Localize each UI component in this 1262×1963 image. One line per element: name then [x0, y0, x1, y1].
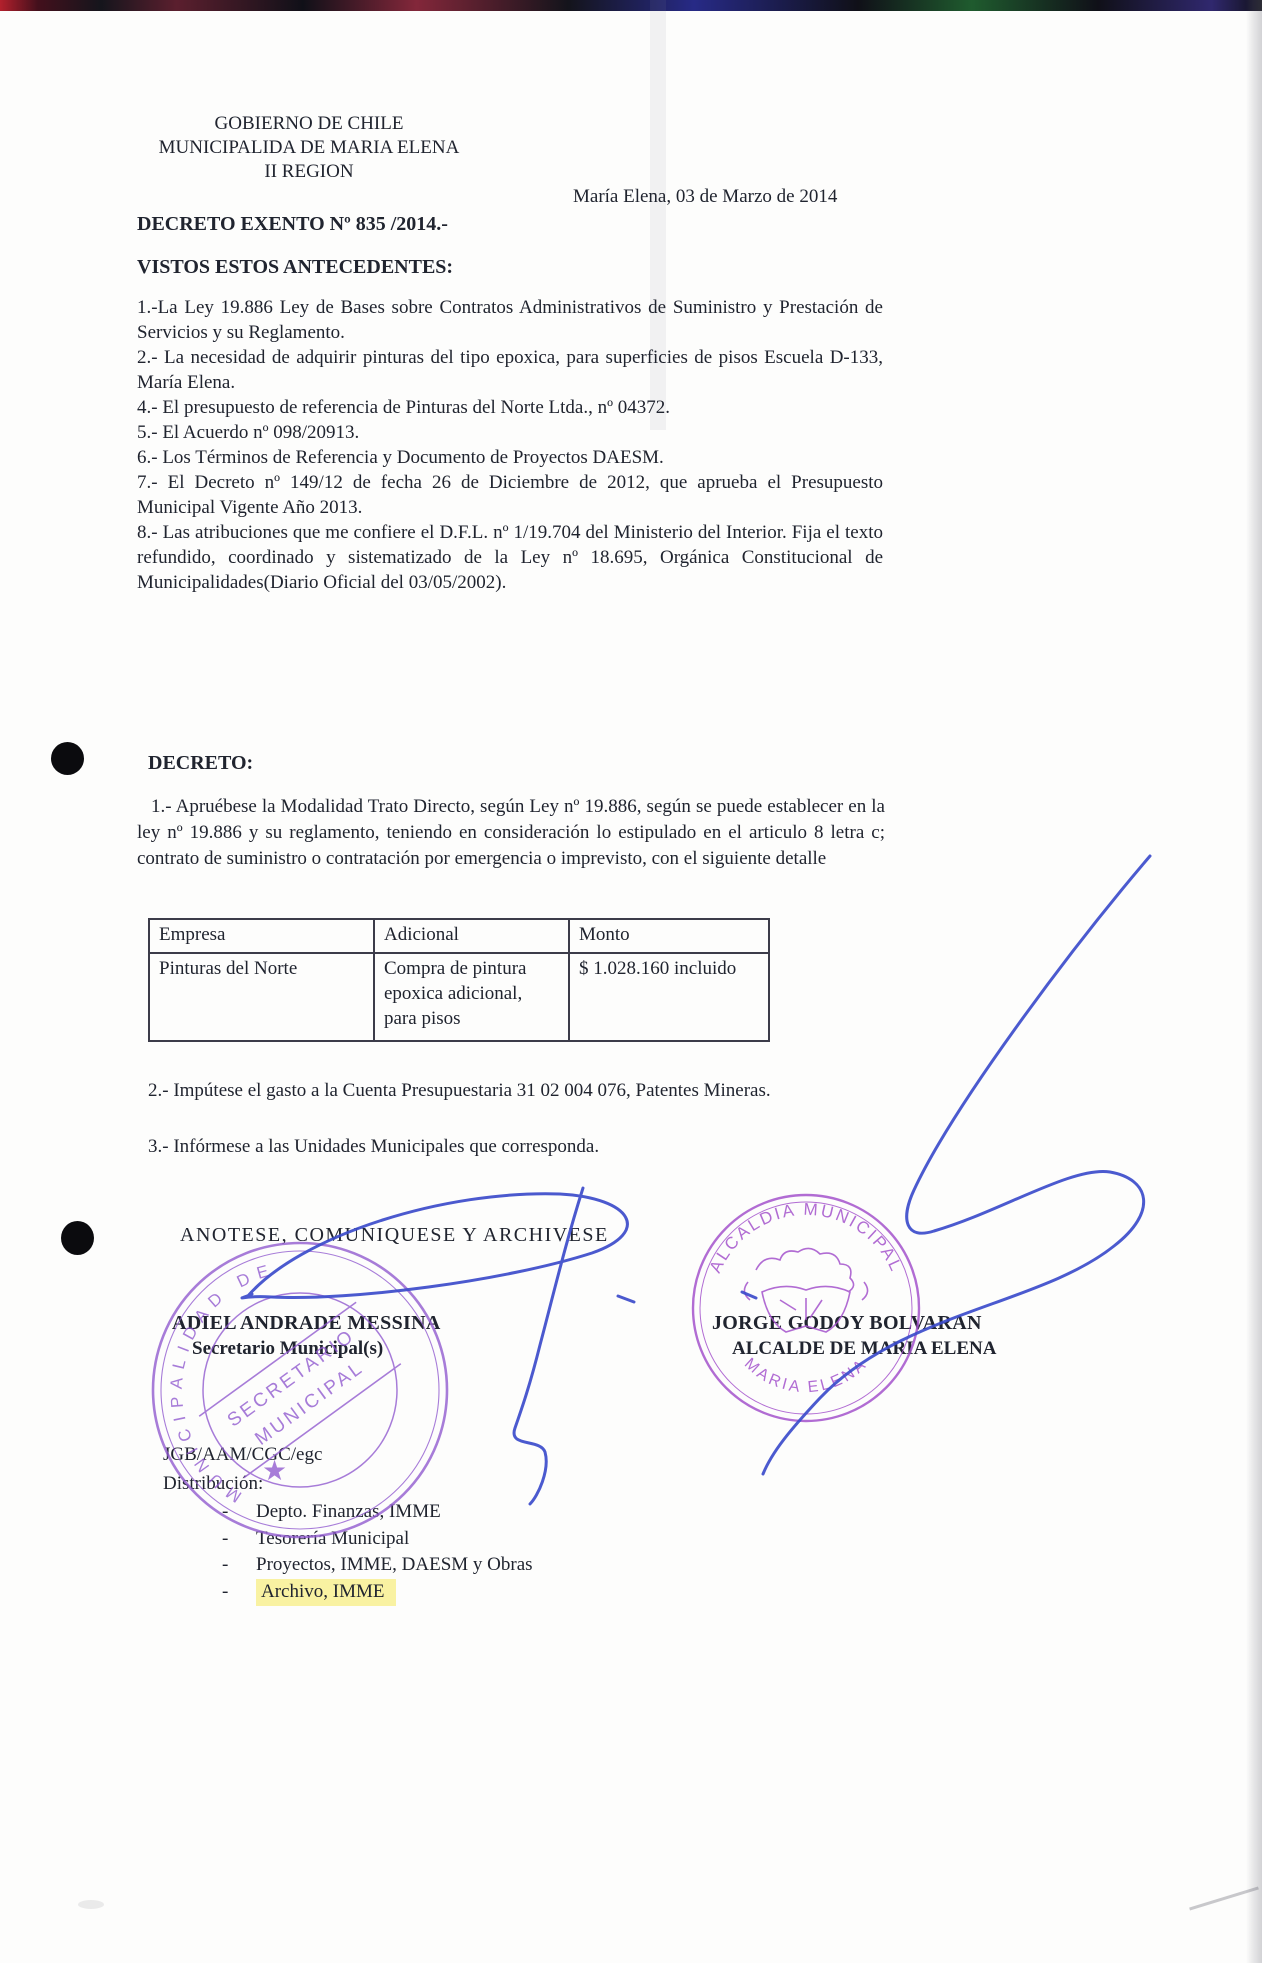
decreto-intro-paragraph: 1.- Apruébese la Modalidad Trato Directo… — [137, 794, 885, 872]
table-row: Pinturas del Norte Compra de pintura epo… — [149, 953, 769, 1041]
antecedente-item: 7.- El Decreto nº 149/12 de fecha 26 de … — [137, 470, 883, 520]
list-dash: - — [222, 1552, 256, 1579]
list-dash: - — [222, 1499, 256, 1526]
letterhead: GOBIERNO DE CHILE MUNICIPALIDA DE MARIA … — [143, 112, 475, 184]
antecedente-item: 6.- Los Términos de Referencia y Documen… — [137, 445, 883, 470]
distribution-item-label: Proyectos, IMME, DAESM y Obras — [256, 1552, 533, 1579]
mayor-stamp-bottom-arc-text: MARIA ELENA — [741, 1355, 871, 1396]
letterhead-region-line: II REGION — [143, 160, 475, 184]
antecedente-item: 4.- El presupuesto de referencia de Pint… — [137, 395, 883, 420]
mayor-title: ALCALDE DE MARIA ELENA — [712, 1338, 996, 1360]
scan-smudge-mark — [78, 1900, 104, 1909]
secretary-title: Secretario Municipal(s) — [172, 1338, 441, 1360]
dateline: María Elena, 03 de Marzo de 2014 — [573, 186, 837, 208]
secretary-name: ADIEL ANDRADE MESSINA — [172, 1312, 441, 1335]
mayor-stamp-icon: ALCALDIA MUNICIPAL MARIA ELENA — [693, 1195, 919, 1421]
distribution-item: - Proyectos, IMME, DAESM y Obras — [222, 1552, 533, 1579]
antecedente-item: 8.- Las atribuciones que me confiere el … — [137, 520, 883, 595]
scan-right-edge-shadow — [1246, 0, 1262, 1963]
decree-number-heading: DECRETO EXENTO Nº 835 /2014.- — [137, 213, 448, 236]
list-dash: - — [222, 1526, 256, 1553]
distribution-item-highlighted: - Archivo, IMME — [222, 1579, 533, 1607]
contract-detail-table: Empresa Adicional Monto Pinturas del Nor… — [148, 918, 770, 1042]
svg-text:MARIA ELENA: MARIA ELENA — [741, 1355, 871, 1396]
distribution-item: - Depto. Finanzas, IMME — [222, 1499, 533, 1526]
vistos-heading: VISTOS ESTOS ANTECEDENTES: — [137, 256, 453, 279]
table-header-row: Empresa Adicional Monto — [149, 919, 769, 953]
distribution-item-label: Tesorería Municipal — [256, 1526, 409, 1553]
column-header-adicional: Adicional — [374, 919, 569, 953]
closing-formula: ANOTESE, COMUNIQUESE Y ARCHIVESE — [180, 1224, 609, 1247]
distribution-label: Distribución: — [163, 1473, 263, 1495]
letterhead-municipality-line: MUNICIPALIDA DE MARIA ELENA — [143, 136, 475, 160]
distribution-list: - Depto. Finanzas, IMME - Tesorería Muni… — [222, 1499, 533, 1606]
list-dash: - — [222, 1579, 256, 1607]
letterhead-government-line: GOBIERNO DE CHILE — [143, 112, 475, 136]
cell-empresa: Pinturas del Norte — [149, 953, 374, 1041]
hole-punch-mark — [51, 742, 84, 775]
hole-punch-mark — [61, 1221, 94, 1255]
scan-top-edge-artifact — [0, 0, 1262, 11]
cell-adicional: Compra de pintura epoxica adicional, par… — [374, 953, 569, 1041]
decreto-heading: DECRETO: — [148, 752, 253, 775]
column-header-monto: Monto — [569, 919, 769, 953]
mayor-name: JORGE GODOY BOLVARAN — [712, 1312, 996, 1335]
responsibility-initials: JGB/AAM/CGC/egc — [163, 1444, 322, 1466]
mayor-stamp-top-arc-text: ALCALDIA MUNICIPAL — [706, 1200, 907, 1276]
antecedentes-list: 1.-La Ley 19.886 Ley de Bases sobre Cont… — [137, 295, 883, 595]
distribution-item-label: Depto. Finanzas, IMME — [256, 1499, 441, 1526]
mayor-signature-icon — [763, 856, 1150, 1474]
secretary-stamp-band-line2: MUNICIPAL — [251, 1357, 368, 1450]
signature-block-secretary: ADIEL ANDRADE MESSINA Secretario Municip… — [172, 1312, 441, 1360]
column-header-empresa: Empresa — [149, 919, 374, 953]
signature-block-mayor: JORGE GODOY BOLVARAN ALCALDE DE MARIA EL… — [712, 1312, 996, 1360]
resolution-item-3: 3.- Infórmese a las Unidades Municipales… — [148, 1136, 599, 1158]
cell-monto: $ 1.028.160 incluido — [569, 953, 769, 1041]
antecedente-item: 5.- El Acuerdo nº 098/20913. — [137, 420, 883, 445]
svg-text:ALCALDIA MUNICIPAL: ALCALDIA MUNICIPAL — [706, 1200, 907, 1276]
resolution-item-2: 2.- Impútese el gasto a la Cuenta Presup… — [148, 1080, 771, 1102]
distribution-item: - Tesorería Municipal — [222, 1526, 533, 1553]
antecedente-item: 2.- La necesidad de adquirir pinturas de… — [137, 345, 883, 395]
highlighted-text: Archivo, IMME — [256, 1579, 396, 1607]
scanned-document-page: GOBIERNO DE CHILE MUNICIPALIDA DE MARIA … — [0, 0, 1262, 1963]
antecedente-item: 1.-La Ley 19.886 Ley de Bases sobre Cont… — [137, 295, 883, 345]
